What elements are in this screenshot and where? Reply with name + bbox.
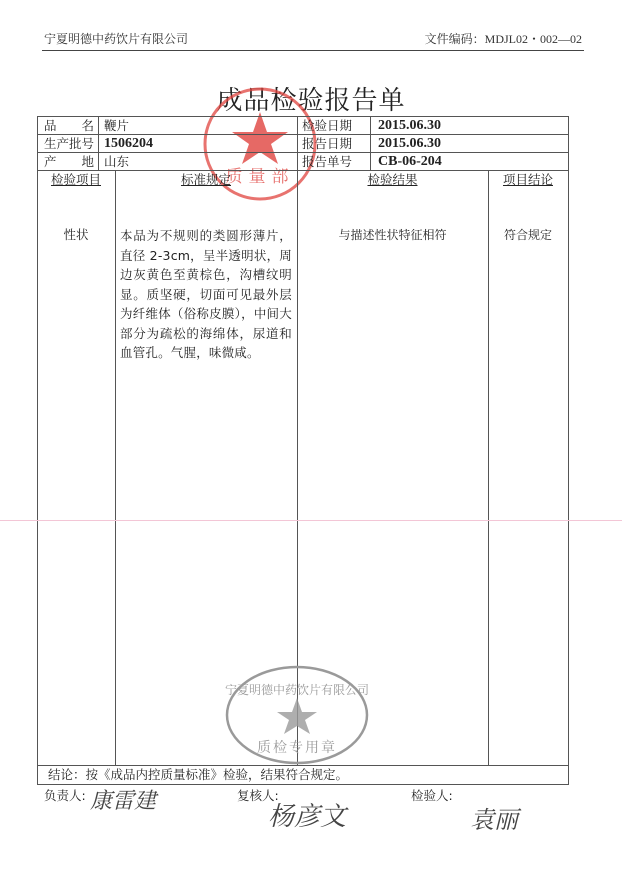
inspector-label: 检验人:	[411, 787, 453, 805]
svg-text:宁夏明德中药饮片有限公司: 宁夏明德中药饮片有限公司	[225, 682, 369, 697]
column-header-conclusion: 项目结论	[488, 171, 568, 189]
header-rule	[42, 50, 584, 51]
qc-stamp: 宁夏明德中药饮片有限公司 质检专用章	[222, 660, 372, 770]
reviewer-signature: 杨彦文	[268, 796, 346, 833]
inspect-date-label: 检验日期	[302, 117, 352, 135]
inspect-date-value: 2015.06.30	[378, 117, 441, 135]
document-code-label: 文件编码：	[425, 32, 485, 46]
report-no-value: CB-06-204	[378, 153, 442, 171]
table-rule	[370, 116, 371, 170]
row-standard: 本品为不规则的类圆形薄片，直径 2-3cm，呈半透明状，周边灰黄色至黄棕色，沟槽…	[120, 226, 292, 363]
row-result: 与描述性状特征相符	[297, 226, 488, 244]
origin-value: 山东	[104, 153, 129, 171]
product-name-label: 品 名	[44, 117, 96, 135]
document-code-value: MDJL02・002—02	[485, 32, 582, 46]
responsible-label: 负责人:	[44, 787, 86, 805]
report-no-label: 报告单号	[302, 153, 352, 171]
report-date-label: 报告日期	[302, 135, 352, 153]
batch-value: 1506204	[104, 135, 153, 153]
column-header-item: 检验项目	[37, 171, 115, 189]
origin-label: 产 地	[44, 153, 94, 171]
table-rule	[115, 170, 116, 765]
conclusion-text: 结论：按《成品内控质量标准》检验，结果符合规定。	[48, 766, 348, 784]
report-date-value: 2015.06.30	[378, 135, 441, 153]
column-header-standard: 标准规定	[115, 171, 297, 189]
company-name: 宁夏明德中药饮片有限公司	[44, 30, 188, 47]
responsible-signature: 康雷建	[90, 784, 156, 815]
table-rule	[297, 116, 298, 170]
svg-text:质检专用章: 质检专用章	[257, 739, 337, 756]
column-header-result: 检验结果	[297, 171, 488, 189]
scan-artifact-line	[0, 520, 622, 521]
table-border-right	[568, 116, 569, 784]
product-name-value: 鞭片	[104, 117, 129, 135]
table-rule	[488, 170, 489, 765]
document-code: 文件编码：MDJL02・002—02	[425, 30, 582, 47]
table-rule	[98, 116, 99, 170]
batch-label: 生产批号	[44, 135, 94, 153]
row-conclusion: 符合规定	[488, 226, 568, 244]
table-border-left	[37, 116, 38, 784]
inspector-signature: 袁丽	[470, 800, 518, 835]
row-item: 性状	[37, 226, 115, 244]
